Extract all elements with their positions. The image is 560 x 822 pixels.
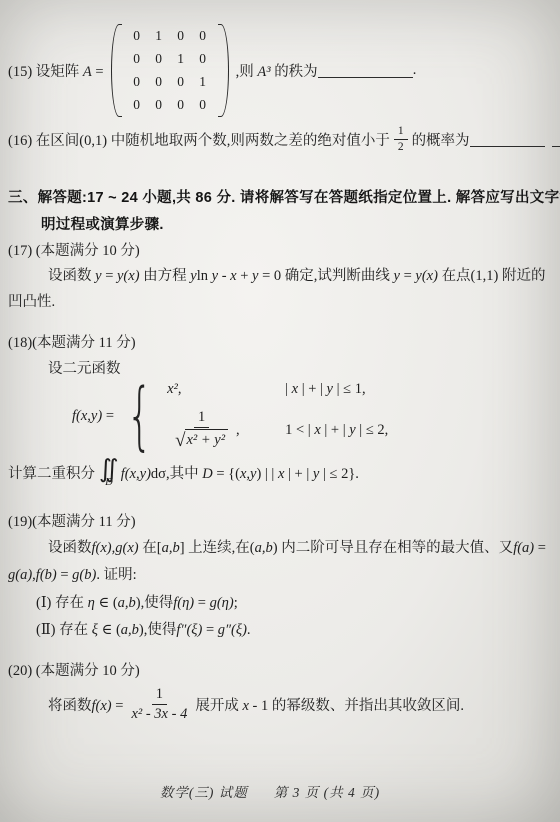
matrix-cell: 0: [192, 98, 214, 113]
fraction-denominator: √ x² + y²: [171, 428, 232, 451]
matrix-cell: 0: [192, 29, 214, 44]
section-3-header-line1: 三、解答题:17 ~ 24 小题,共 86 分. 请将解答写在答题纸指定位置上.…: [8, 186, 560, 207]
question-20-heading: (20) (本题满分 10 分): [8, 659, 140, 680]
question-17-heading: (17) (本题满分 10 分): [8, 239, 140, 260]
matrix-left-paren: [111, 24, 122, 117]
matrix-cell: 0: [170, 29, 192, 44]
fraction-denominator: 2: [394, 140, 408, 154]
q18-function-lhs: f(x,y) =: [72, 408, 114, 425]
question-18-piecewise: f(x,y) = { x², | x | + | y | ≤ 1, 1 √ x²…: [72, 381, 388, 451]
q16-text-pre: (16) 在区间(0,1) 中随机地取两个数,则两数之差的绝对值小于: [8, 129, 390, 150]
question-19-line1: 设函数f(x),g(x) 在[a,b] 上连续,在(a,b) 内二阶可导且存在相…: [48, 536, 546, 557]
question-18-intro: 设二元函数: [48, 357, 121, 378]
matrix-cell: 0: [170, 75, 192, 90]
matrix-cell: 0: [148, 52, 170, 67]
double-integral: ∬ D: [99, 456, 119, 489]
matrix-cell: 0: [148, 75, 170, 90]
case2-condition: 1 < | x | + | y | ≤ 2,: [285, 422, 388, 439]
q15-text-pre: (15) 设矩阵 A =: [8, 60, 104, 81]
question-15: (15) 设矩阵 A = 0 1 0 0 0 0 1 0 0 0 0 1 0 0…: [8, 24, 416, 117]
question-19-item2: (Ⅱ) 存在 ξ ∈ (a,b),使得f″(ξ) = g″(ξ).: [36, 618, 251, 639]
q15-answer-blank: [318, 63, 413, 78]
exam-page-scan: (15) 设矩阵 A = 0 1 0 0 0 0 1 0 0 0 0 1 0 0…: [0, 0, 560, 822]
q20-text-post: 展开成 x - 1 的幂级数、并指出其收敛区间.: [195, 694, 464, 715]
case-row-1: x², | x | + | y | ≤ 1,: [167, 381, 388, 398]
q16-answer-blank-2: [552, 132, 560, 147]
matrix-a: 0 1 0 0 0 0 1 0 0 0 0 1 0 0 0 0: [111, 24, 229, 117]
q16-fraction: 1 2: [394, 125, 408, 154]
matrix-right-paren: [218, 24, 229, 117]
matrix-cell: 1: [192, 75, 214, 90]
q16-answer-blank: [470, 132, 545, 147]
fraction-numerator: 1: [152, 686, 167, 705]
case2-value: 1 √ x² + y² ,: [167, 409, 285, 451]
fraction-denominator: x² - 3x - 4: [127, 705, 191, 723]
matrix-cell: 0: [126, 29, 148, 44]
question-17-line2: 凹凸性.: [8, 290, 55, 311]
question-18-integral-line: 计算二重积分 ∬ D f(x,y)dσ,其中 D = {(x,y) | | x …: [8, 456, 359, 489]
case1-value: x²,: [167, 381, 285, 398]
question-19-line2: g(a),f(b) = g(b). 证明:: [8, 563, 137, 584]
matrix-cell: 0: [126, 52, 148, 67]
matrix-cell: 0: [148, 98, 170, 113]
q18-integral-pre: 计算二重积分: [8, 462, 95, 483]
footer-exam-title: 数学(三) 试题: [160, 785, 248, 800]
q16-text-post: 的概率为: [412, 129, 470, 150]
question-18-heading: (18)(本题满分 11 分): [8, 331, 136, 352]
footer-page-number: 第 3 页 (共 4 页): [274, 785, 380, 800]
question-16: (16) 在区间(0,1) 中随机地取两个数,则两数之差的绝对值小于 1 2 的…: [8, 125, 560, 154]
section-3-header-line2: 明过程或演算步骤.: [41, 213, 164, 234]
fraction-numerator: 1: [394, 125, 408, 140]
q20-text-pre: 将函数f(x) =: [48, 694, 123, 715]
question-19-heading: (19)(本题满分 11 分): [8, 510, 136, 531]
cases-brace: {: [127, 381, 153, 451]
q20-fraction: 1 x² - 3x - 4: [127, 686, 191, 722]
case1-condition: | x | + | y | ≤ 1,: [285, 381, 366, 398]
q18-integral-post: f(x,y)dσ,其中 D = {(x,y) | | x | + | y | ≤…: [121, 462, 359, 483]
matrix-cell: 0: [126, 98, 148, 113]
matrix-cell: 0: [192, 52, 214, 67]
double-integral-domain: D: [105, 478, 113, 489]
question-20-body: 将函数f(x) = 1 x² - 3x - 4 展开成 x - 1 的幂级数、并…: [48, 686, 464, 722]
question-19-item1: (Ⅰ) 存在 η ∈ (a,b),使得f(η) = g(η);: [36, 591, 238, 612]
question-17-line1: 设函数 y = y(x) 由方程 yln y - x + y = 0 确定,试判…: [48, 264, 545, 285]
radicand: x² + y²: [185, 429, 228, 449]
case2-comma: ,: [236, 422, 240, 439]
q15-period: .: [413, 62, 417, 79]
matrix-grid: 0 1 0 0 0 0 1 0 0 0 0 1 0 0 0 0: [122, 24, 218, 117]
matrix-cell: 1: [170, 52, 192, 67]
page-footer: 数学(三) 试题第 3 页 (共 4 页): [0, 781, 540, 801]
matrix-cell: 0: [170, 98, 192, 113]
matrix-cell: 0: [126, 75, 148, 90]
sqrt-expression: √ x² + y²: [175, 429, 228, 449]
cases-column: x², | x | + | y | ≤ 1, 1 √ x² + y² ,: [167, 381, 388, 451]
case-row-2: 1 √ x² + y² , 1 < | x | + | y | ≤ 2,: [167, 409, 388, 451]
radical-sign: √: [175, 434, 185, 448]
matrix-cell: 1: [148, 29, 170, 44]
fraction-numerator: 1: [194, 409, 209, 428]
case2-fraction: 1 √ x² + y²: [171, 409, 232, 451]
q15-text-post: ,则 A³ 的秩为: [236, 60, 318, 81]
